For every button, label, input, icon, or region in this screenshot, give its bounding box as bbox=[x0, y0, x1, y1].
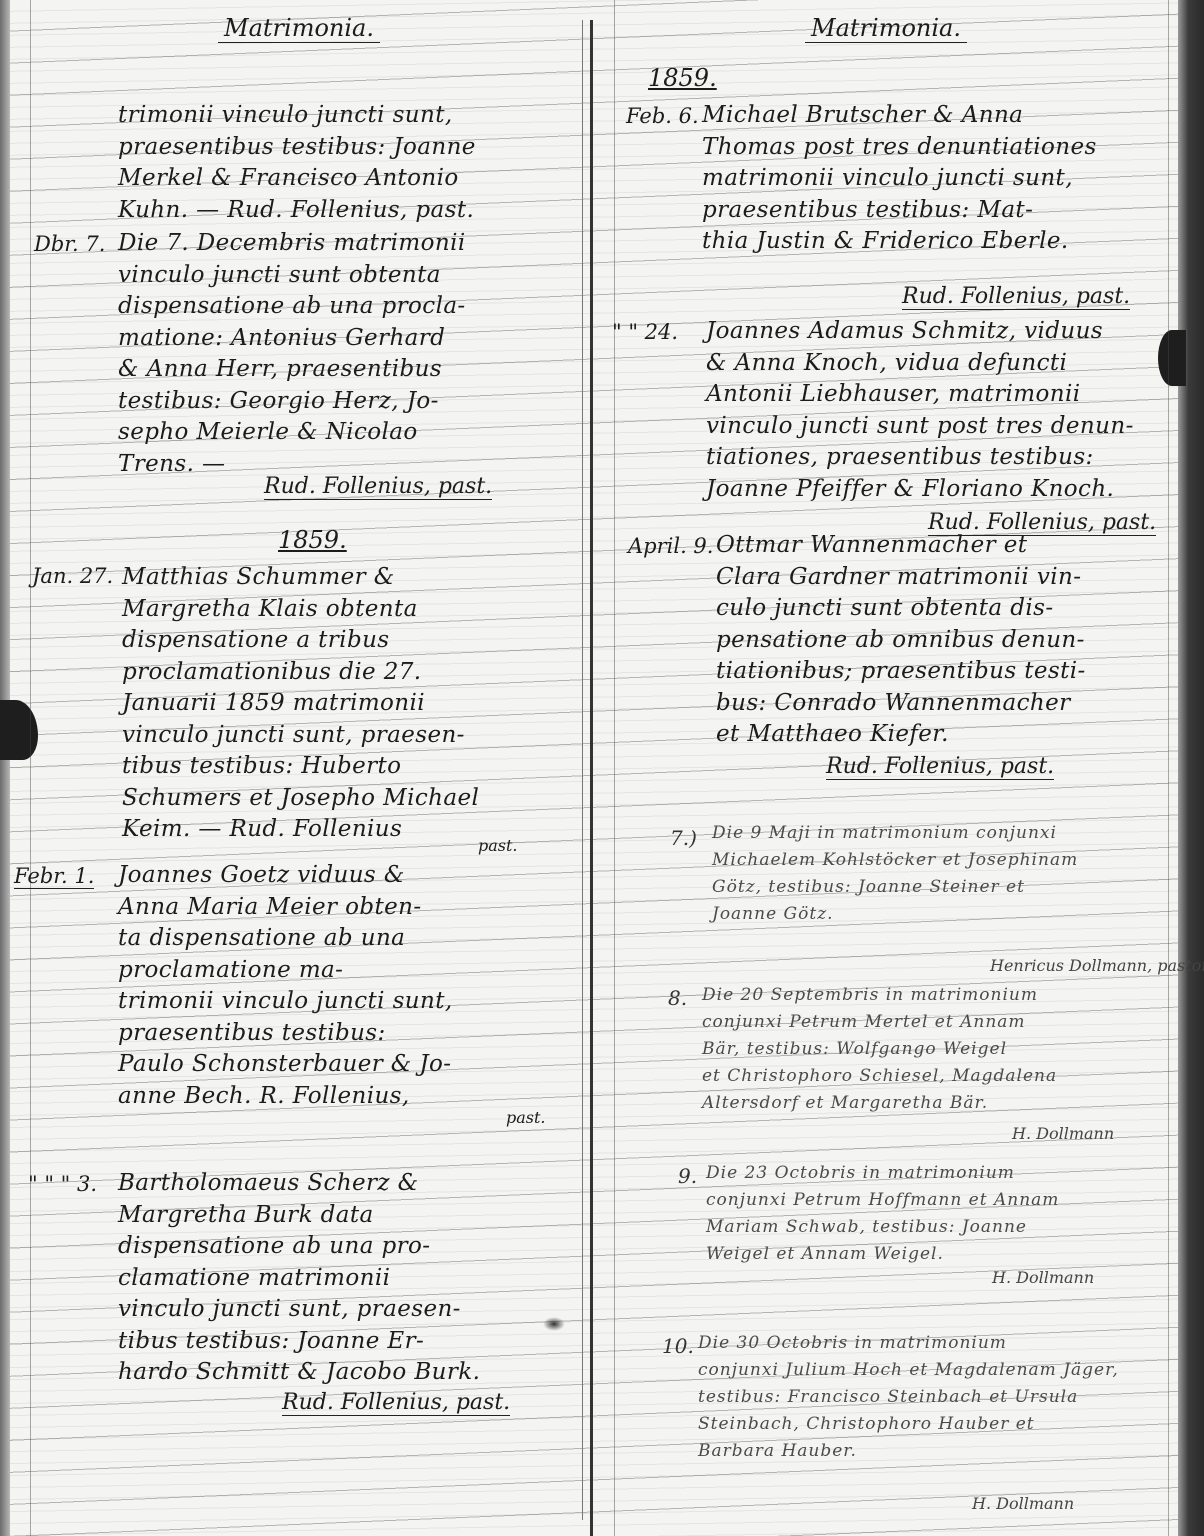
pastor-signature: H. Dollmann bbox=[972, 1494, 1074, 1513]
entry-date: " " 24. bbox=[612, 320, 678, 344]
entry-text: trimonii vinculo juncti sunt, praesentib… bbox=[118, 100, 476, 226]
entry-date: Febr. 1. bbox=[14, 864, 94, 889]
right-page: Matrimonia. 1859. Feb. 6. Michael Brutsc… bbox=[602, 0, 1170, 1536]
pastor-signature: Henricus Dollmann, pastor. bbox=[990, 956, 1204, 975]
pastor-signature: H. Dollmann bbox=[992, 1268, 1094, 1287]
left-page: Matrimonia. trimonii vinculo juncti sunt… bbox=[14, 0, 584, 1536]
entry-date: April. 9. bbox=[628, 534, 713, 558]
entry-text: Bartholomaeus Scherz & Margretha Burk da… bbox=[118, 1168, 480, 1389]
entry-text: Joannes Goetz viduus & Anna Maria Meier … bbox=[118, 860, 453, 1112]
entry-text: Matthias Schummer & Margretha Klais obte… bbox=[122, 562, 479, 846]
entry-text: Joannes Adamus Schmitz, viduus & Anna Kn… bbox=[706, 316, 1134, 505]
entry-text: Die 30 Octobris in matrimonium conjunxi … bbox=[698, 1330, 1119, 1465]
entry-text: Die 9 Maji in matrimonium conjunxi Micha… bbox=[712, 820, 1078, 928]
entry-date: Feb. 6. bbox=[626, 104, 699, 128]
pastor-signature: Rud. Follenius, past. bbox=[902, 284, 1130, 310]
entry-date: " " " 3. bbox=[28, 1172, 97, 1196]
left-page-heading: Matrimonia. bbox=[14, 14, 584, 42]
entry-date: Jan. 27. bbox=[32, 564, 113, 588]
entry-text: Michael Brutscher & Anna Thomas post tre… bbox=[702, 100, 1097, 258]
entry-number: 7.) bbox=[670, 826, 697, 850]
entry-text: Die 7. Decembris matrimonii vinculo junc… bbox=[118, 228, 466, 480]
entry-text: Die 20 Septembris in matrimonium conjunx… bbox=[702, 982, 1057, 1117]
year-label: 1859. bbox=[648, 64, 717, 92]
page-gutter bbox=[590, 20, 593, 1536]
scan-edge-left bbox=[0, 0, 10, 1536]
pastor-signature: Rud. Follenius, past. bbox=[282, 1390, 510, 1416]
right-page-heading: Matrimonia. bbox=[602, 14, 1170, 42]
entry-number: 8. bbox=[668, 986, 687, 1010]
pastor-signature: past. bbox=[478, 836, 518, 855]
pastor-signature: past. bbox=[506, 1108, 546, 1127]
year-label: 1859. bbox=[278, 526, 347, 554]
pastor-signature: Rud. Follenius, past. bbox=[264, 474, 492, 500]
pastor-signature: Rud. Follenius, past. bbox=[826, 754, 1054, 780]
entry-text: Ottmar Wannenmacher et Clara Gardner mat… bbox=[716, 530, 1086, 751]
entry-number: 9. bbox=[678, 1164, 697, 1188]
register-page: Matrimonia. trimonii vinculo juncti sunt… bbox=[0, 0, 1204, 1536]
scan-edge-right bbox=[1178, 0, 1204, 1536]
entry-date: Dbr. 7. bbox=[34, 232, 105, 256]
entry-number: 10. bbox=[662, 1334, 694, 1358]
entry-text: Die 23 Octobris in matrimonium conjunxi … bbox=[706, 1160, 1059, 1268]
pastor-signature: H. Dollmann bbox=[1012, 1124, 1114, 1143]
